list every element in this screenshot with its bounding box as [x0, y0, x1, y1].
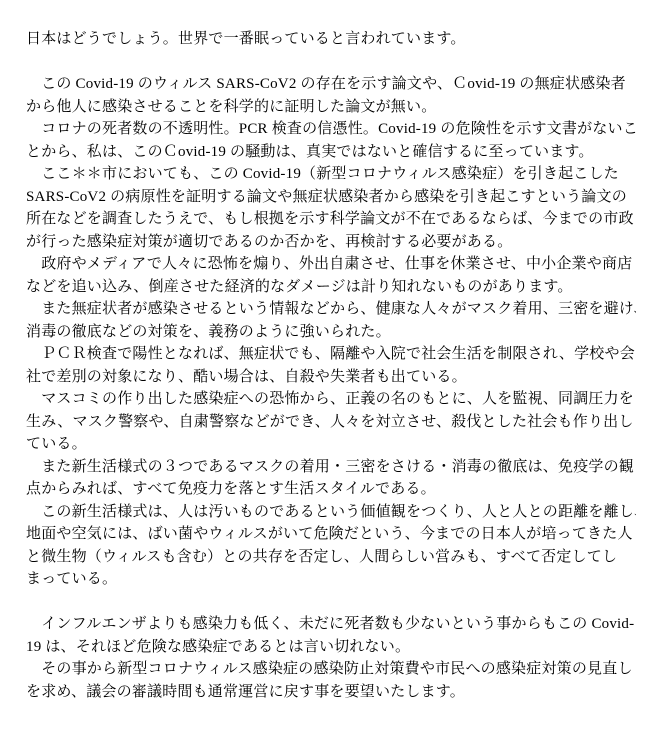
text-line: ている。 — [26, 433, 636, 456]
text-line: 日本はどうでしょう。世界で一番眠っていると言われています。 — [26, 28, 636, 51]
text-line: などを追い込み、倒産させた経済的なダメージは計り知れないものがあります。 — [26, 276, 636, 299]
text-line: 点からみれば、すべて免疫力を落とす生活スタイルである。 — [26, 478, 636, 501]
text-line: まっている。 — [26, 568, 636, 591]
text-line: を求め、議会の審議時間も通常運営に戻す事を要望いたします。 — [26, 681, 636, 704]
text-line: 政府やメディアで人々に恐怖を煽り、外出自粛させ、仕事を休業させ、中小企業や商店 — [26, 253, 636, 276]
text-line: 地面や空気には、ばい菌やウィルスがいて危険だという、今までの日本人が培ってきた人 — [26, 523, 636, 546]
text-line: コロナの死者数の不透明性。PCR 検査の信憑性。Covid-19 の危険性を示す… — [26, 118, 636, 141]
text-line: その事から新型コロナウィルス感染症の感染防止対策費や市民への感染症対策の見直し — [26, 658, 636, 681]
text-line: とから、私は、このＣovid-19 の騒動は、真実ではないと確信するに至っていま… — [26, 141, 636, 164]
text-line: ＰＣＲ検査で陽性となれば、無症状でも、隔離や入院で社会生活を制限され、学校や会 — [26, 343, 636, 366]
text-line: が行った感染症対策が適切であるのか否かを、再検討する必要がある。 — [26, 231, 636, 254]
text-line: マスコミの作り出した感染症への恐怖から、正義の名のもとに、人を監視、同調圧力を — [26, 388, 636, 411]
text-line: SARS-CoV2 の病原性を証明する論文や無症状感染者から感染を引き起こすとい… — [26, 186, 636, 209]
blank-line — [26, 51, 636, 74]
text-line: から他人に感染させることを科学的に証明した論文が無い。 — [26, 96, 636, 119]
blank-line — [26, 591, 636, 614]
document-page: 日本はどうでしょう。世界で一番眠っていると言われています。 この Covid-1… — [0, 0, 660, 755]
text-line: ここ＊＊市においても、この Covid-19（新型コロナウィルス感染症）を引き起… — [26, 163, 636, 186]
text-line: と微生物（ウィルスも含む）との共存を否定し、人間らしい営みも、すべて否定してし — [26, 546, 636, 569]
text-line: 19 は、それほど危険な感染症であるとは言い切れない。 — [26, 636, 636, 659]
text-line: また新生活様式の３つであるマスクの着用・三密をさける・消毒の徹底は、免疫学の観 — [26, 456, 636, 479]
text-line: 所在などを調査したうえで、もし根拠を示す科学論文が不在であるならば、今までの市政 — [26, 208, 636, 231]
document-text-body: 日本はどうでしょう。世界で一番眠っていると言われています。 この Covid-1… — [26, 28, 636, 703]
text-line: この Covid-19 のウィルス SARS-CoV2 の存在を示す論文や、Ｃo… — [26, 73, 636, 96]
text-line: また無症状者が感染させるという情報などから、健康な人々がマスク着用、三密を避け、 — [26, 298, 636, 321]
text-line: インフルエンザよりも感染力も低く、未だに死者数も少ないという事からもこの Cov… — [26, 613, 636, 636]
text-line: 社で差別の対象になり、酷い場合は、自殺や失業者も出ている。 — [26, 366, 636, 389]
text-line: 生み、マスク警察や、自粛警察などができ、人々を対立させ、殺伐とした社会も作り出し — [26, 411, 636, 434]
text-line: 消毒の徹底などの対策を、義務のように強いられた。 — [26, 321, 636, 344]
text-line: この新生活様式は、人は汚いものであるという価値観をつくり、人と人との距離を離し、 — [26, 501, 636, 524]
